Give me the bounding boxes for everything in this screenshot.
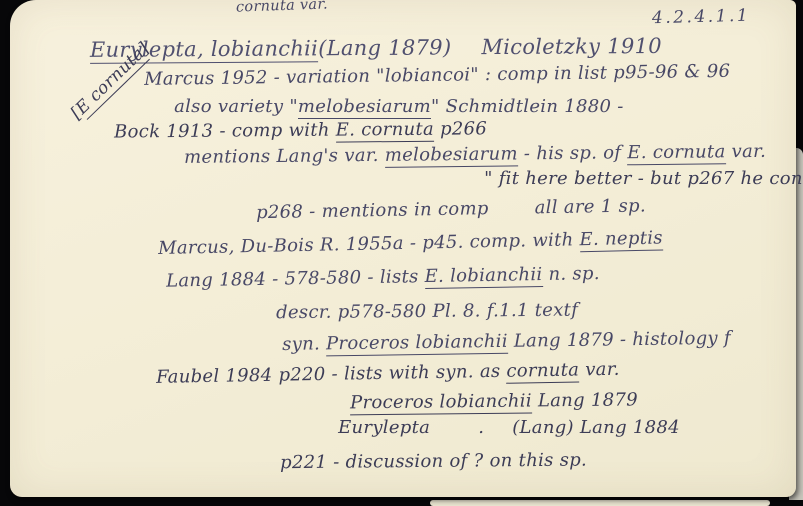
note-text: mentions Lang's var.: [184, 145, 385, 168]
paper-sliver: [430, 500, 770, 506]
catalog-card: cornuta var. Eurylepta, lobianchii(Lang …: [10, 0, 796, 497]
scanned-card-view: { "card": { "paper_color": "#f3edd6", "i…: [0, 0, 803, 506]
note-line-p221: p221 - discussion of ? on this sp.: [256, 431, 588, 493]
corner-code: 4.2.4.1.1: [652, 7, 751, 28]
note-text: p221 - discussion of ? on this sp.: [280, 449, 587, 473]
